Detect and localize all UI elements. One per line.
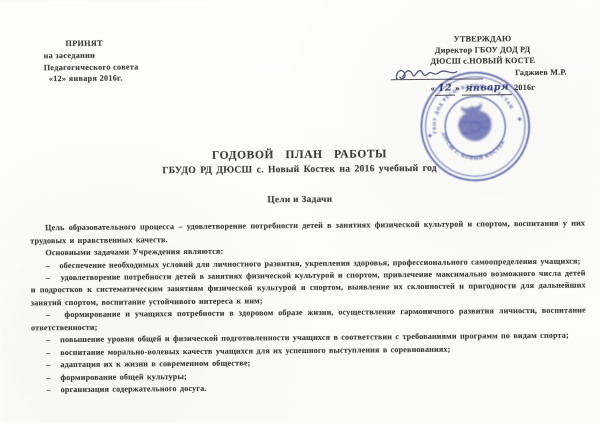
stamp-emblem bbox=[455, 101, 494, 144]
accepted-block: ПРИНЯТ на заседании Педагогического сове… bbox=[43, 37, 138, 99]
task-item: – удовлетворение потребности детей в зан… bbox=[31, 268, 586, 310]
accepted-line: на заседании bbox=[44, 49, 139, 62]
official-stamp: ГБОУ ДОД РЕСПУБЛИКИ ДАГЕСТАН ДЮСШ с. НОВ… bbox=[408, 59, 543, 194]
section-heading: Цели и Задачи bbox=[0, 193, 600, 208]
accepted-title: ПРИНЯТ bbox=[43, 37, 138, 50]
svg-text:✦: ✦ bbox=[517, 116, 523, 124]
document-body: Цель образовательного процесса – удовлет… bbox=[0, 218, 600, 398]
accepted-date: «12» января 2016г. bbox=[44, 73, 139, 86]
document-page: ПРИНЯТ на заседании Педагогического сове… bbox=[0, 0, 600, 423]
svg-text:✦: ✦ bbox=[427, 133, 433, 141]
accepted-line: Педагогического совета bbox=[44, 61, 139, 74]
